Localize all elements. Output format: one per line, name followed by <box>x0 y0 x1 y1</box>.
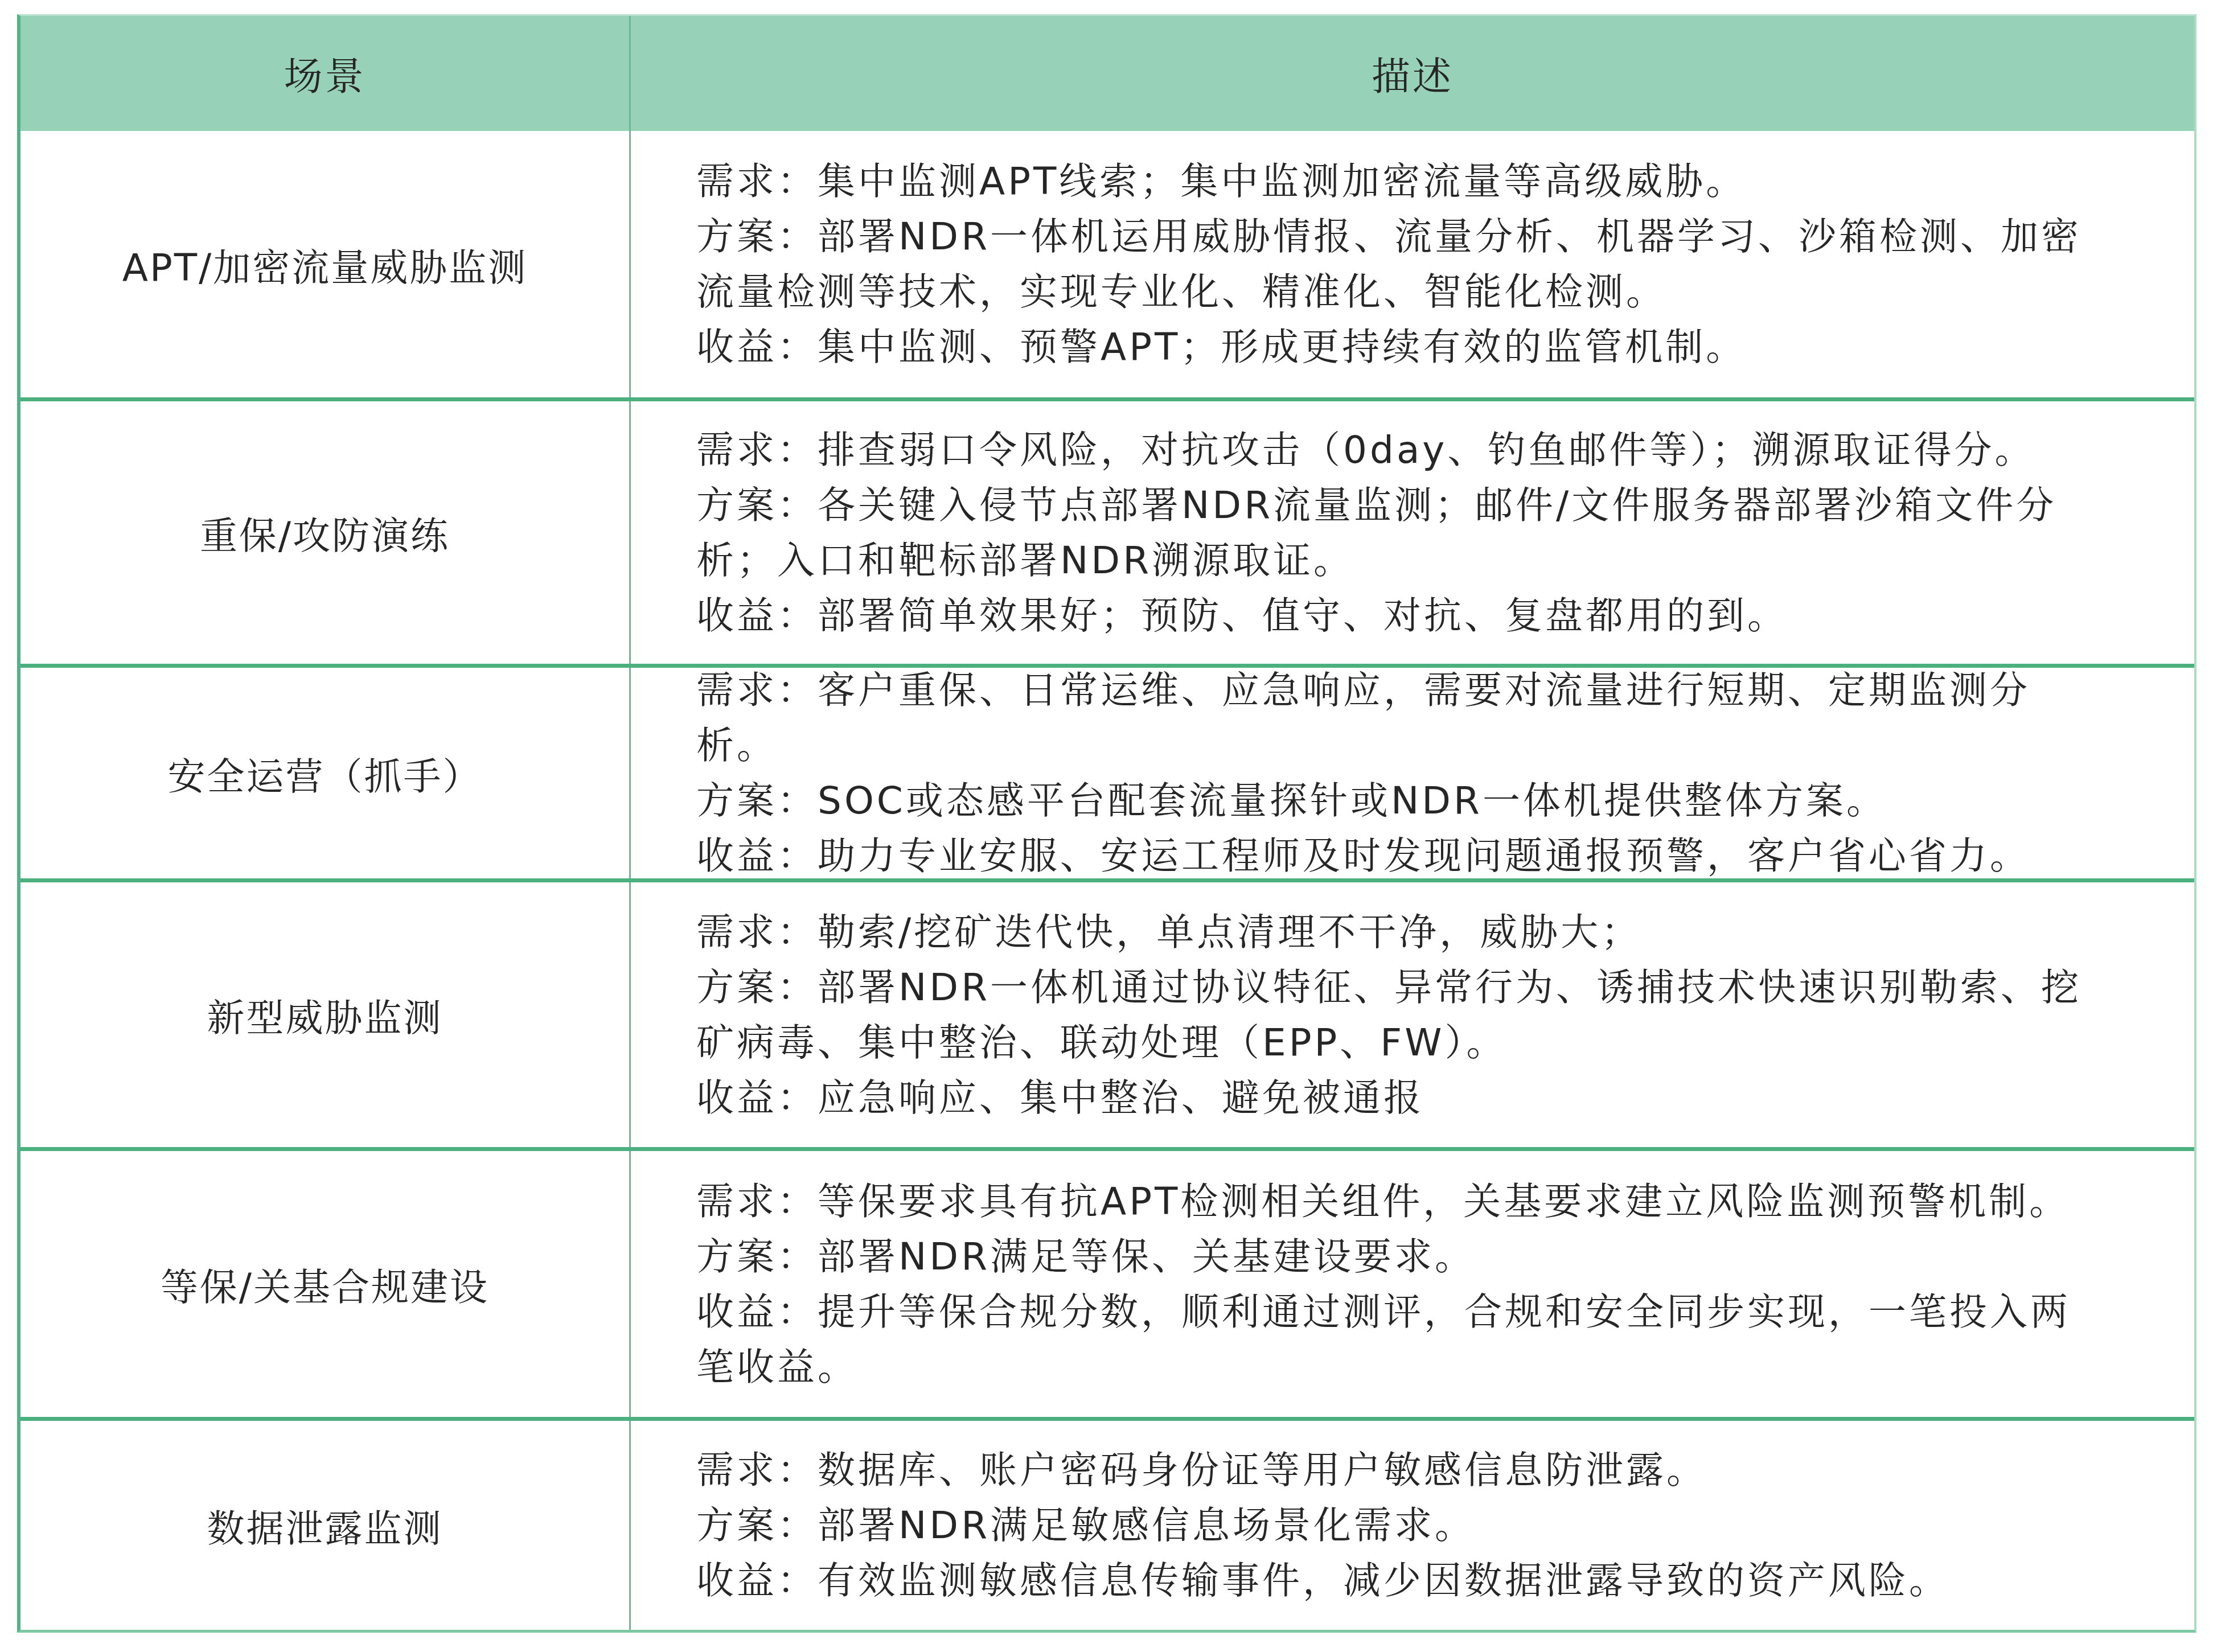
table-header-row: 场景 描述 <box>20 16 2194 131</box>
description-paragraph: 需求：勒索/挖矿迭代快，单点清理不干净，威胁大； <box>696 905 2110 960</box>
description-cell: 需求：排查弱口令风险，对抗攻击（0day、钓鱼邮件等）；溯源取证得分。方案：各关… <box>629 401 2194 664</box>
description-paragraph: 收益：应急响应、集中整治、避免被通报 <box>696 1070 2110 1125</box>
description-paragraph: 方案：各关键入侵节点部署NDR流量监测；邮件/文件服务器部署沙箱文件分析；入口和… <box>696 478 2110 588</box>
table-row: APT/加密流量威胁监测 需求：集中监测APT线索；集中监测加密流量等高级威胁。… <box>20 131 2194 397</box>
slide-page: 场景 描述 APT/加密流量威胁监测 需求：集中监测APT线索；集中监测加密流量… <box>0 0 2213 1652</box>
scenario-cell: 安全运营（抓手） <box>20 668 629 878</box>
table-row: 新型威胁监测 需求：勒索/挖矿迭代快，单点清理不干净，威胁大；方案：部署NDR一… <box>20 878 2194 1147</box>
description-paragraph: 方案：SOC或态感平台配套流量探针或NDR一体机提供整体方案。 <box>696 773 2110 828</box>
description-paragraph: 方案：部署NDR一体机运用威胁情报、流量分析、机器学习、沙箱检测、加密流量检测等… <box>696 209 2110 319</box>
scenario-cell: 数据泄露监测 <box>20 1421 629 1630</box>
description-paragraph: 收益：集中监测、预警APT；形成更持续有效的监管机制。 <box>696 319 2110 375</box>
description-paragraph: 需求：客户重保、日常运维、应急响应，需要对流量进行短期、定期监测分析。 <box>696 663 2110 773</box>
description-paragraph: 收益：提升等保合规分数，顺利通过测评，合规和安全同步实现，一笔投入两笔收益。 <box>696 1284 2110 1395</box>
table-row: 重保/攻防演练 需求：排查弱口令风险，对抗攻击（0day、钓鱼邮件等）；溯源取证… <box>20 397 2194 664</box>
description-cell: 需求：集中监测APT线索；集中监测加密流量等高级威胁。方案：部署NDR一体机运用… <box>629 131 2194 397</box>
table-row: 等保/关基合规建设 需求：等保要求具有抗APT检测相关组件，关基要求建立风险监测… <box>20 1147 2194 1417</box>
description-paragraph: 方案：部署NDR满足等保、关基建设要求。 <box>696 1229 2110 1284</box>
description-cell: 需求：数据库、账户密码身份证等用户敏感信息防泄露。方案：部署NDR满足敏感信息场… <box>629 1421 2194 1630</box>
description-cell: 需求：等保要求具有抗APT检测相关组件，关基要求建立风险监测预警机制。方案：部署… <box>629 1151 2194 1417</box>
description-cell: 需求：客户重保、日常运维、应急响应，需要对流量进行短期、定期监测分析。方案：SO… <box>629 668 2194 878</box>
description-paragraph: 收益：部署简单效果好；预防、值守、对抗、复盘都用的到。 <box>696 588 2110 643</box>
header-description: 描述 <box>629 16 2194 131</box>
scenario-description-table: 场景 描述 APT/加密流量威胁监测 需求：集中监测APT线索；集中监测加密流量… <box>17 14 2196 1633</box>
description-paragraph: 需求：等保要求具有抗APT检测相关组件，关基要求建立风险监测预警机制。 <box>696 1174 2110 1229</box>
table-row: 数据泄露监测 需求：数据库、账户密码身份证等用户敏感信息防泄露。方案：部署NDR… <box>20 1417 2194 1630</box>
table-row: 安全运营（抓手） 需求：客户重保、日常运维、应急响应，需要对流量进行短期、定期监… <box>20 664 2194 878</box>
description-paragraph: 方案：部署NDR满足敏感信息场景化需求。 <box>696 1498 2110 1553</box>
description-paragraph: 收益：助力专业安服、安运工程师及时发现问题通报预警，客户省心省力。 <box>696 828 2110 883</box>
scenario-cell: 新型威胁监测 <box>20 882 629 1147</box>
description-paragraph: 方案：部署NDR一体机通过协议特征、异常行为、诱捕技术快速识别勒索、挖矿病毒、集… <box>696 960 2110 1070</box>
scenario-cell: 重保/攻防演练 <box>20 401 629 664</box>
description-paragraph: 需求：集中监测APT线索；集中监测加密流量等高级威胁。 <box>696 154 2110 209</box>
description-paragraph: 需求：排查弱口令风险，对抗攻击（0day、钓鱼邮件等）；溯源取证得分。 <box>696 422 2110 478</box>
scenario-cell: 等保/关基合规建设 <box>20 1151 629 1417</box>
description-paragraph: 需求：数据库、账户密码身份证等用户敏感信息防泄露。 <box>696 1443 2110 1498</box>
header-scenario: 场景 <box>20 16 629 131</box>
scenario-cell: APT/加密流量威胁监测 <box>20 131 629 397</box>
description-paragraph: 收益：有效监测敏感信息传输事件，减少因数据泄露导致的资产风险。 <box>696 1553 2110 1608</box>
description-cell: 需求：勒索/挖矿迭代快，单点清理不干净，威胁大；方案：部署NDR一体机通过协议特… <box>629 882 2194 1147</box>
